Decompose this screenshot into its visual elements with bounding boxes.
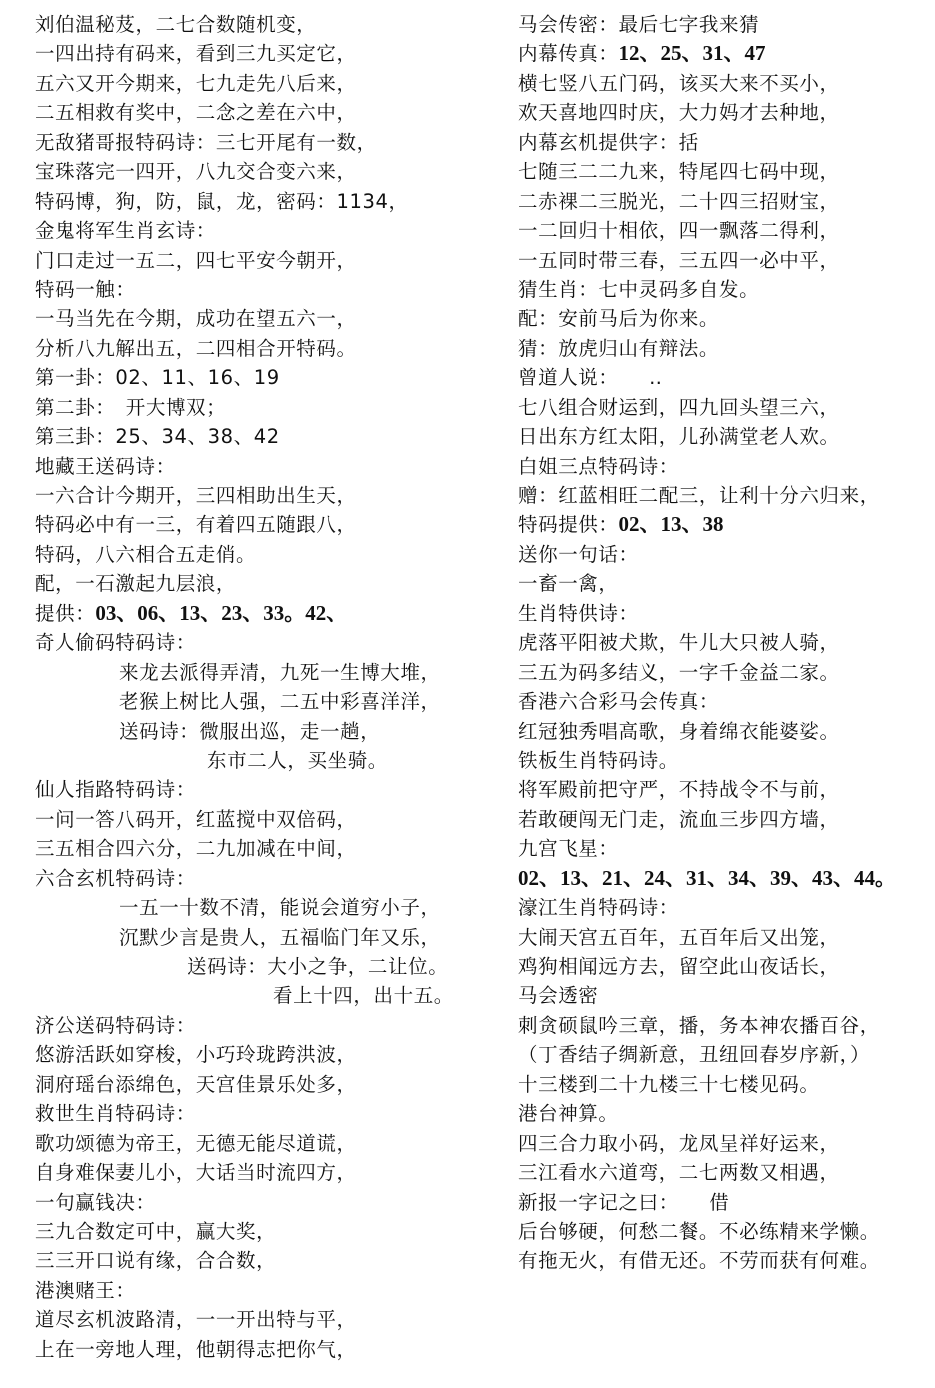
text-line: 特码必中有一三，有着四五随跟八，: [35, 510, 485, 539]
text-line: 四三合力取小码，龙凤呈祥好运来，: [518, 1129, 930, 1158]
text-line: 三三开口说有缘，合合数，: [35, 1246, 485, 1275]
section-heading: 仙人指路特码诗：: [35, 775, 485, 804]
section-heading: 送你一句话：: [518, 540, 930, 569]
text-line: 横七竖八五门码，该买大来不买小，: [518, 69, 930, 98]
section-heading: 濠江生肖特码诗：: [518, 893, 930, 922]
text-line: 将军殿前把守严，不持战令不与前，: [518, 775, 930, 804]
section-heading: 香港六合彩马会传真：: [518, 687, 930, 716]
section-heading: 港澳赌王：: [35, 1276, 485, 1305]
number-line: 内幕传真：12、25、31、47: [518, 39, 930, 68]
section-heading: 生肖特供诗：: [518, 599, 930, 628]
text-line: 门口走过一五二，四七平安今朝开，: [35, 246, 485, 275]
text-line: 特码，八六相合五走俏。: [35, 540, 485, 569]
text-line: 看上十四，出十五。: [35, 981, 485, 1010]
text-line: 老猴上树比人强，二五中彩喜洋洋，: [35, 687, 485, 716]
text-line: 上在一旁地人理，他朝得志把你气，: [35, 1335, 485, 1364]
text-line: 配：安前马后为你来。: [518, 304, 930, 333]
number-values: 02、13、21、24、31、34、39、43、44。: [518, 866, 896, 890]
section-heading: 铁板生肖特码诗。: [518, 746, 930, 775]
text-line: 送码诗：大小之争，二让位。: [35, 952, 485, 981]
number-line: 提供：03、06、13、23、33。42、: [35, 599, 485, 628]
text-line: 五六又开今期来，七九走先八后来，: [35, 69, 485, 98]
text-line: 大闹天宫五百年，五百年后又出笼，: [518, 923, 930, 952]
section-heading: 一句赢钱决：: [35, 1188, 485, 1217]
text-line: 歌功颂德为帝王，无德无能尽道谎，: [35, 1129, 485, 1158]
text-line: 送码诗：微服出巡，走一趟，: [35, 717, 485, 746]
text-line: 道尽玄机波路清，一一开出特与平，: [35, 1305, 485, 1334]
text-line: 三江看水六道弯，二七两数又相遇，: [518, 1158, 930, 1187]
text-line: 内幕玄机提供字：括: [518, 128, 930, 157]
text-line: 一四出持有码来，看到三九买定它，: [35, 39, 485, 68]
text-line: 沉默少言是贵人，五福临门年又乐，: [35, 923, 485, 952]
text-line: 七随三二二九来，特尾四七码中现，: [518, 157, 930, 186]
text-line: 第一卦：02、11、16、19: [35, 363, 485, 392]
number-label: 提供：: [35, 602, 95, 625]
text-line: 赠：红蓝相旺二配三，让利十分六归来，: [518, 481, 930, 510]
text-line: 曾道人说： ‥: [518, 363, 930, 392]
text-line: 三五相合四六分，二九加减在中间，: [35, 834, 485, 863]
text-line: 一问一答八码开，红蓝搅中双倍码，: [35, 805, 485, 834]
text-line: 一二回归十相依，四一飘落二得利，: [518, 216, 930, 245]
section-heading: 马会透密: [518, 981, 930, 1010]
section-heading: 港台神算。: [518, 1099, 930, 1128]
text-line: 配，一石激起九层浪，: [35, 569, 485, 598]
text-line: 若敢硬闯无门走，流血三步四方墙，: [518, 805, 930, 834]
text-line: 第二卦： 开大博双；: [35, 393, 485, 422]
text-line: 一五同时带三春，三五四一必中平，: [518, 246, 930, 275]
number-line: 特码提供：02、13、38: [518, 510, 930, 539]
text-line: （丁香结子绸新意，丑纽回春岁序新，）: [518, 1040, 930, 1069]
section-heading: 金鬼将军生肖玄诗：: [35, 216, 485, 245]
text-line: 第三卦：25、34、38、42: [35, 422, 485, 451]
text-line: 虎落平阳被犬欺，牛儿大只被人骑，: [518, 628, 930, 657]
number-label: 特码提供：: [518, 513, 619, 536]
text-line: 自身难保妻儿小，大话当时流四方，: [35, 1158, 485, 1187]
text-line: 后台够硬，何愁二餐。不必练精来学懒。: [518, 1217, 930, 1246]
text-line: 一五一十数不清，能说会道穷小子，: [35, 893, 485, 922]
text-line: 悠游活跃如穿梭，小巧玲珑跨洪波，: [35, 1040, 485, 1069]
text-line: 鸡狗相闻远方去，留空此山夜话长，: [518, 952, 930, 981]
text-line: 日出东方红太阳，儿孙满堂老人欢。: [518, 422, 930, 451]
text-line: 一六合计今期开，三四相助出生天，: [35, 481, 485, 510]
section-heading: 地藏王送码诗：: [35, 452, 485, 481]
right-column: 马会传密：最后七字我来猜 内幕传真：12、25、31、47 横七竖八五门码，该买…: [518, 10, 930, 1276]
text-line: 一马当先在今期，成功在望五六一，: [35, 304, 485, 333]
text-line: 一畜一禽，: [518, 569, 930, 598]
text-line: 三五为码多结义，一字千金益二家。: [518, 658, 930, 687]
text-line: 特码博，狗，防，鼠，龙，密码：1134，: [35, 187, 485, 216]
number-label: 内幕传真：: [518, 42, 619, 65]
text-line: 分析八九解出五，二四相合开特码。: [35, 334, 485, 363]
text-line: 刘伯温秘芨，二七合数随机变，: [35, 10, 485, 39]
text-line: 七八组合财运到，四九回头望三六，: [518, 393, 930, 422]
text-line: 无敌猪哥报特码诗：三七开尾有一数，: [35, 128, 485, 157]
text-line: 红冠独秀唱高歌，身着绵衣能婆娑。: [518, 717, 930, 746]
section-heading: 六合玄机特码诗：: [35, 864, 485, 893]
text-line: 十三楼到二十九楼三十七楼见码。: [518, 1070, 930, 1099]
number-line: 02、13、21、24、31、34、39、43、44。: [518, 864, 930, 893]
text-line: 二五相救有奖中，二念之差在六中，: [35, 98, 485, 127]
number-values: 03、06、13、23、33。42、: [95, 601, 347, 625]
text-line: 来龙去派得弄清，九死一生博大堆，: [35, 658, 485, 687]
text-line: 三九合数定可中，赢大奖，: [35, 1217, 485, 1246]
section-heading: 九宫飞星：: [518, 834, 930, 863]
section-heading: 救世生肖特码诗：: [35, 1099, 485, 1128]
text-line: 宝珠落完一四开，八九交合变六来，: [35, 157, 485, 186]
section-heading: 白姐三点特码诗：: [518, 452, 930, 481]
number-values: 02、13、38: [619, 512, 724, 536]
text-line: 洞府瑶台添绵色，天宫佳景乐处多，: [35, 1070, 485, 1099]
section-heading: 特码一触：: [35, 275, 485, 304]
text-line: 新报一字记之曰： 借: [518, 1188, 930, 1217]
text-line: 刺贪硕鼠吟三章，播，务本神农播百谷，: [518, 1011, 930, 1040]
section-heading: 济公送码特码诗：: [35, 1011, 485, 1040]
left-column: 刘伯温秘芨，二七合数随机变， 一四出持有码来，看到三九买定它， 五六又开今期来，…: [35, 10, 485, 1364]
text-line: 欢天喜地四时庆，大力妈才去种地，: [518, 98, 930, 127]
text-line: 猜：放虎归山有辩法。: [518, 334, 930, 363]
text-line: 猜生肖：七中灵码多自发。: [518, 275, 930, 304]
section-heading: 奇人偷码特码诗：: [35, 628, 485, 657]
text-line: 东市二人，买坐骑。: [35, 746, 485, 775]
number-values: 12、25、31、47: [619, 41, 766, 65]
text-line: 有拖无火，有借无还。不劳而获有何难。: [518, 1246, 930, 1275]
text-line: 二赤裸二三脱光，二十四三招财宝，: [518, 187, 930, 216]
text-line: 马会传密：最后七字我来猜: [518, 10, 930, 39]
